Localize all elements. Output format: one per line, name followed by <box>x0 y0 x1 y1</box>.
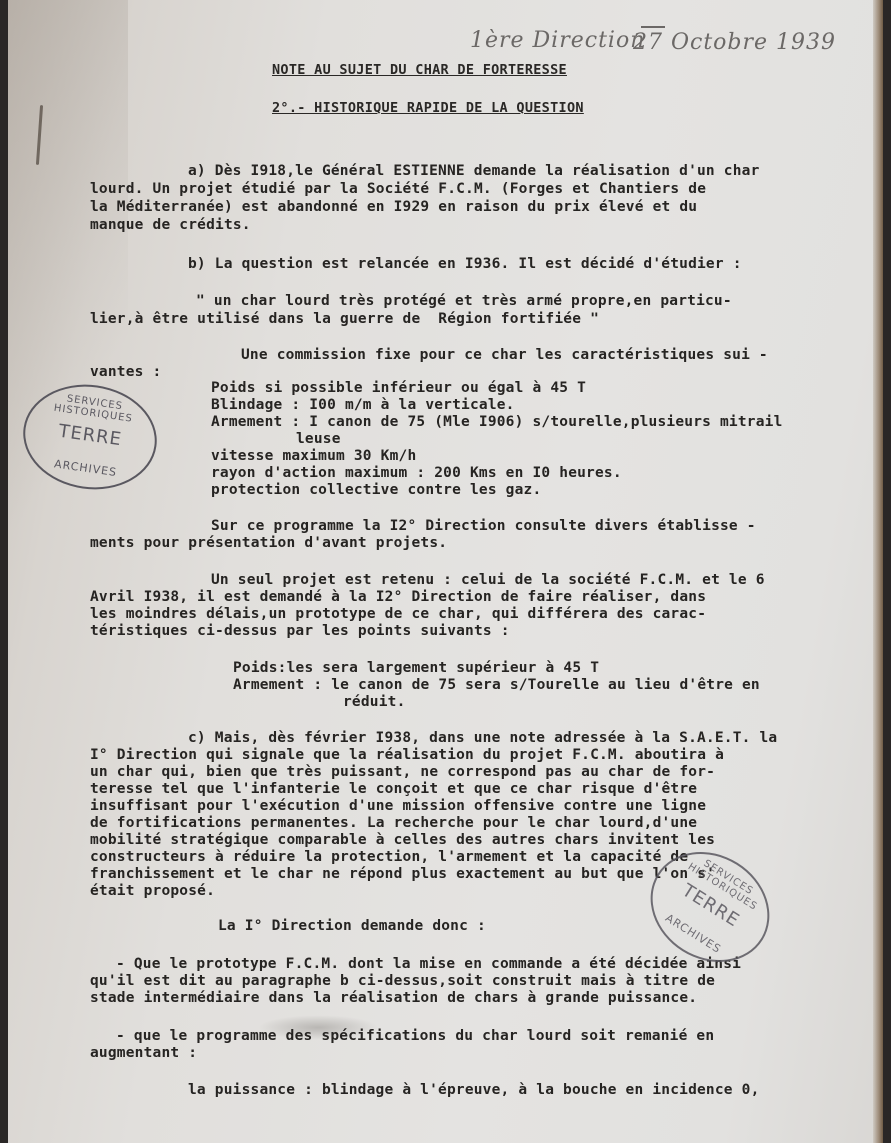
text-line: La I° Direction demande donc : <box>218 918 486 934</box>
text-line: c) Mais, dès février I938, dans une note… <box>188 730 777 746</box>
archive-stamp: SERVICES HISTORIQUES TERRE ARCHIVES <box>16 376 163 498</box>
text-line: Un seul projet est retenu : celui de la … <box>211 572 765 588</box>
paper-crease <box>36 105 43 165</box>
text-line: b) La question est relancée en I936. Il … <box>188 256 742 272</box>
handwritten-mark <box>641 26 665 28</box>
text-line: était proposé. <box>90 883 215 899</box>
text-line: la Méditerranée) est abandonné en I929 e… <box>90 199 697 215</box>
stamp-bottom-text: ARCHIVES <box>20 453 151 484</box>
text-line: qu'il est dit au paragraphe b ci-dessus,… <box>90 973 715 989</box>
text-line: a) Dès I918,le Général ESTIENNE demande … <box>188 163 760 179</box>
handwritten-date: 27 Octobre 1939 <box>633 30 836 55</box>
spec-line: réduit. <box>343 694 406 710</box>
text-line: - que le programme des spécifications du… <box>116 1028 714 1044</box>
text-line: franchissement et le char ne répond plus… <box>90 866 715 882</box>
text-line: lourd. Un projet étudié par la Société F… <box>90 181 706 197</box>
text-line: Une commission fixe pour ce char les car… <box>241 347 768 363</box>
text-line: I° Direction qui signale que la réalisat… <box>90 747 724 763</box>
text-line: de fortifications permanentes. La recher… <box>90 815 697 831</box>
spec-line: vitesse maximum 30 Km/h <box>211 448 416 464</box>
text-line: insuffisant pour l'exécution d'une missi… <box>90 798 706 814</box>
document-title: NOTE AU SUJET DU CHAR DE FORTERESSE <box>272 62 567 78</box>
text-line: la puissance : blindage à l'épreuve, à l… <box>188 1082 760 1098</box>
spec-line: rayon d'action maximum : 200 Kms en I0 h… <box>211 465 622 481</box>
text-line: Sur ce programme la I2° Direction consul… <box>211 518 756 534</box>
page-edge <box>873 0 883 1143</box>
document-page: 1ère Direction 27 Octobre 1939 NOTE AU S… <box>8 0 883 1143</box>
spec-line: Armement : I canon de 75 (Mle I906) s/to… <box>211 414 783 430</box>
text-line: augmentant : <box>90 1045 197 1061</box>
spec-line: leuse <box>296 431 341 447</box>
text-line: téristiques ci-dessus par les points sui… <box>90 623 510 639</box>
text-line: Avril I938, il est demandé à la I2° Dire… <box>90 589 706 605</box>
text-line: les moindres délais,un prototype de ce c… <box>90 606 706 622</box>
text-line: constructeurs à réduire la protection, l… <box>90 849 688 865</box>
handwritten-direction: 1ère Direction <box>470 28 645 53</box>
text-line: " un char lourd très protégé et très arm… <box>196 293 732 309</box>
text-line: teresse tel que l'infanterie le conçoit … <box>90 781 697 797</box>
spec-line: Poids si possible inférieur ou égal à 45… <box>211 380 586 396</box>
text-line: vantes : <box>90 364 161 380</box>
spec-line: Blindage : I00 m/m à la verticale. <box>211 397 515 413</box>
section-title: 2°.- HISTORIQUE RAPIDE DE LA QUESTION <box>272 100 584 116</box>
text-line: manque de crédits. <box>90 217 251 233</box>
text-line: stade intermédiaire dans la réalisation … <box>90 990 697 1006</box>
text-line: mobilité stratégique comparable à celles… <box>90 832 715 848</box>
text-line: ments pour présentation d'avant projets. <box>90 535 447 551</box>
text-line: lier,à être utilisé dans la guerre de Ré… <box>90 311 599 327</box>
spec-line: Poids:les sera largement supérieur à 45 … <box>233 660 599 676</box>
text-line: - Que le prototype F.C.M. dont la mise e… <box>116 956 741 972</box>
spec-line: protection collective contre les gaz. <box>211 482 541 498</box>
spec-line: Armement : le canon de 75 sera s/Tourell… <box>233 677 760 693</box>
text-line: un char qui, bien que très puissant, ne … <box>90 764 715 780</box>
